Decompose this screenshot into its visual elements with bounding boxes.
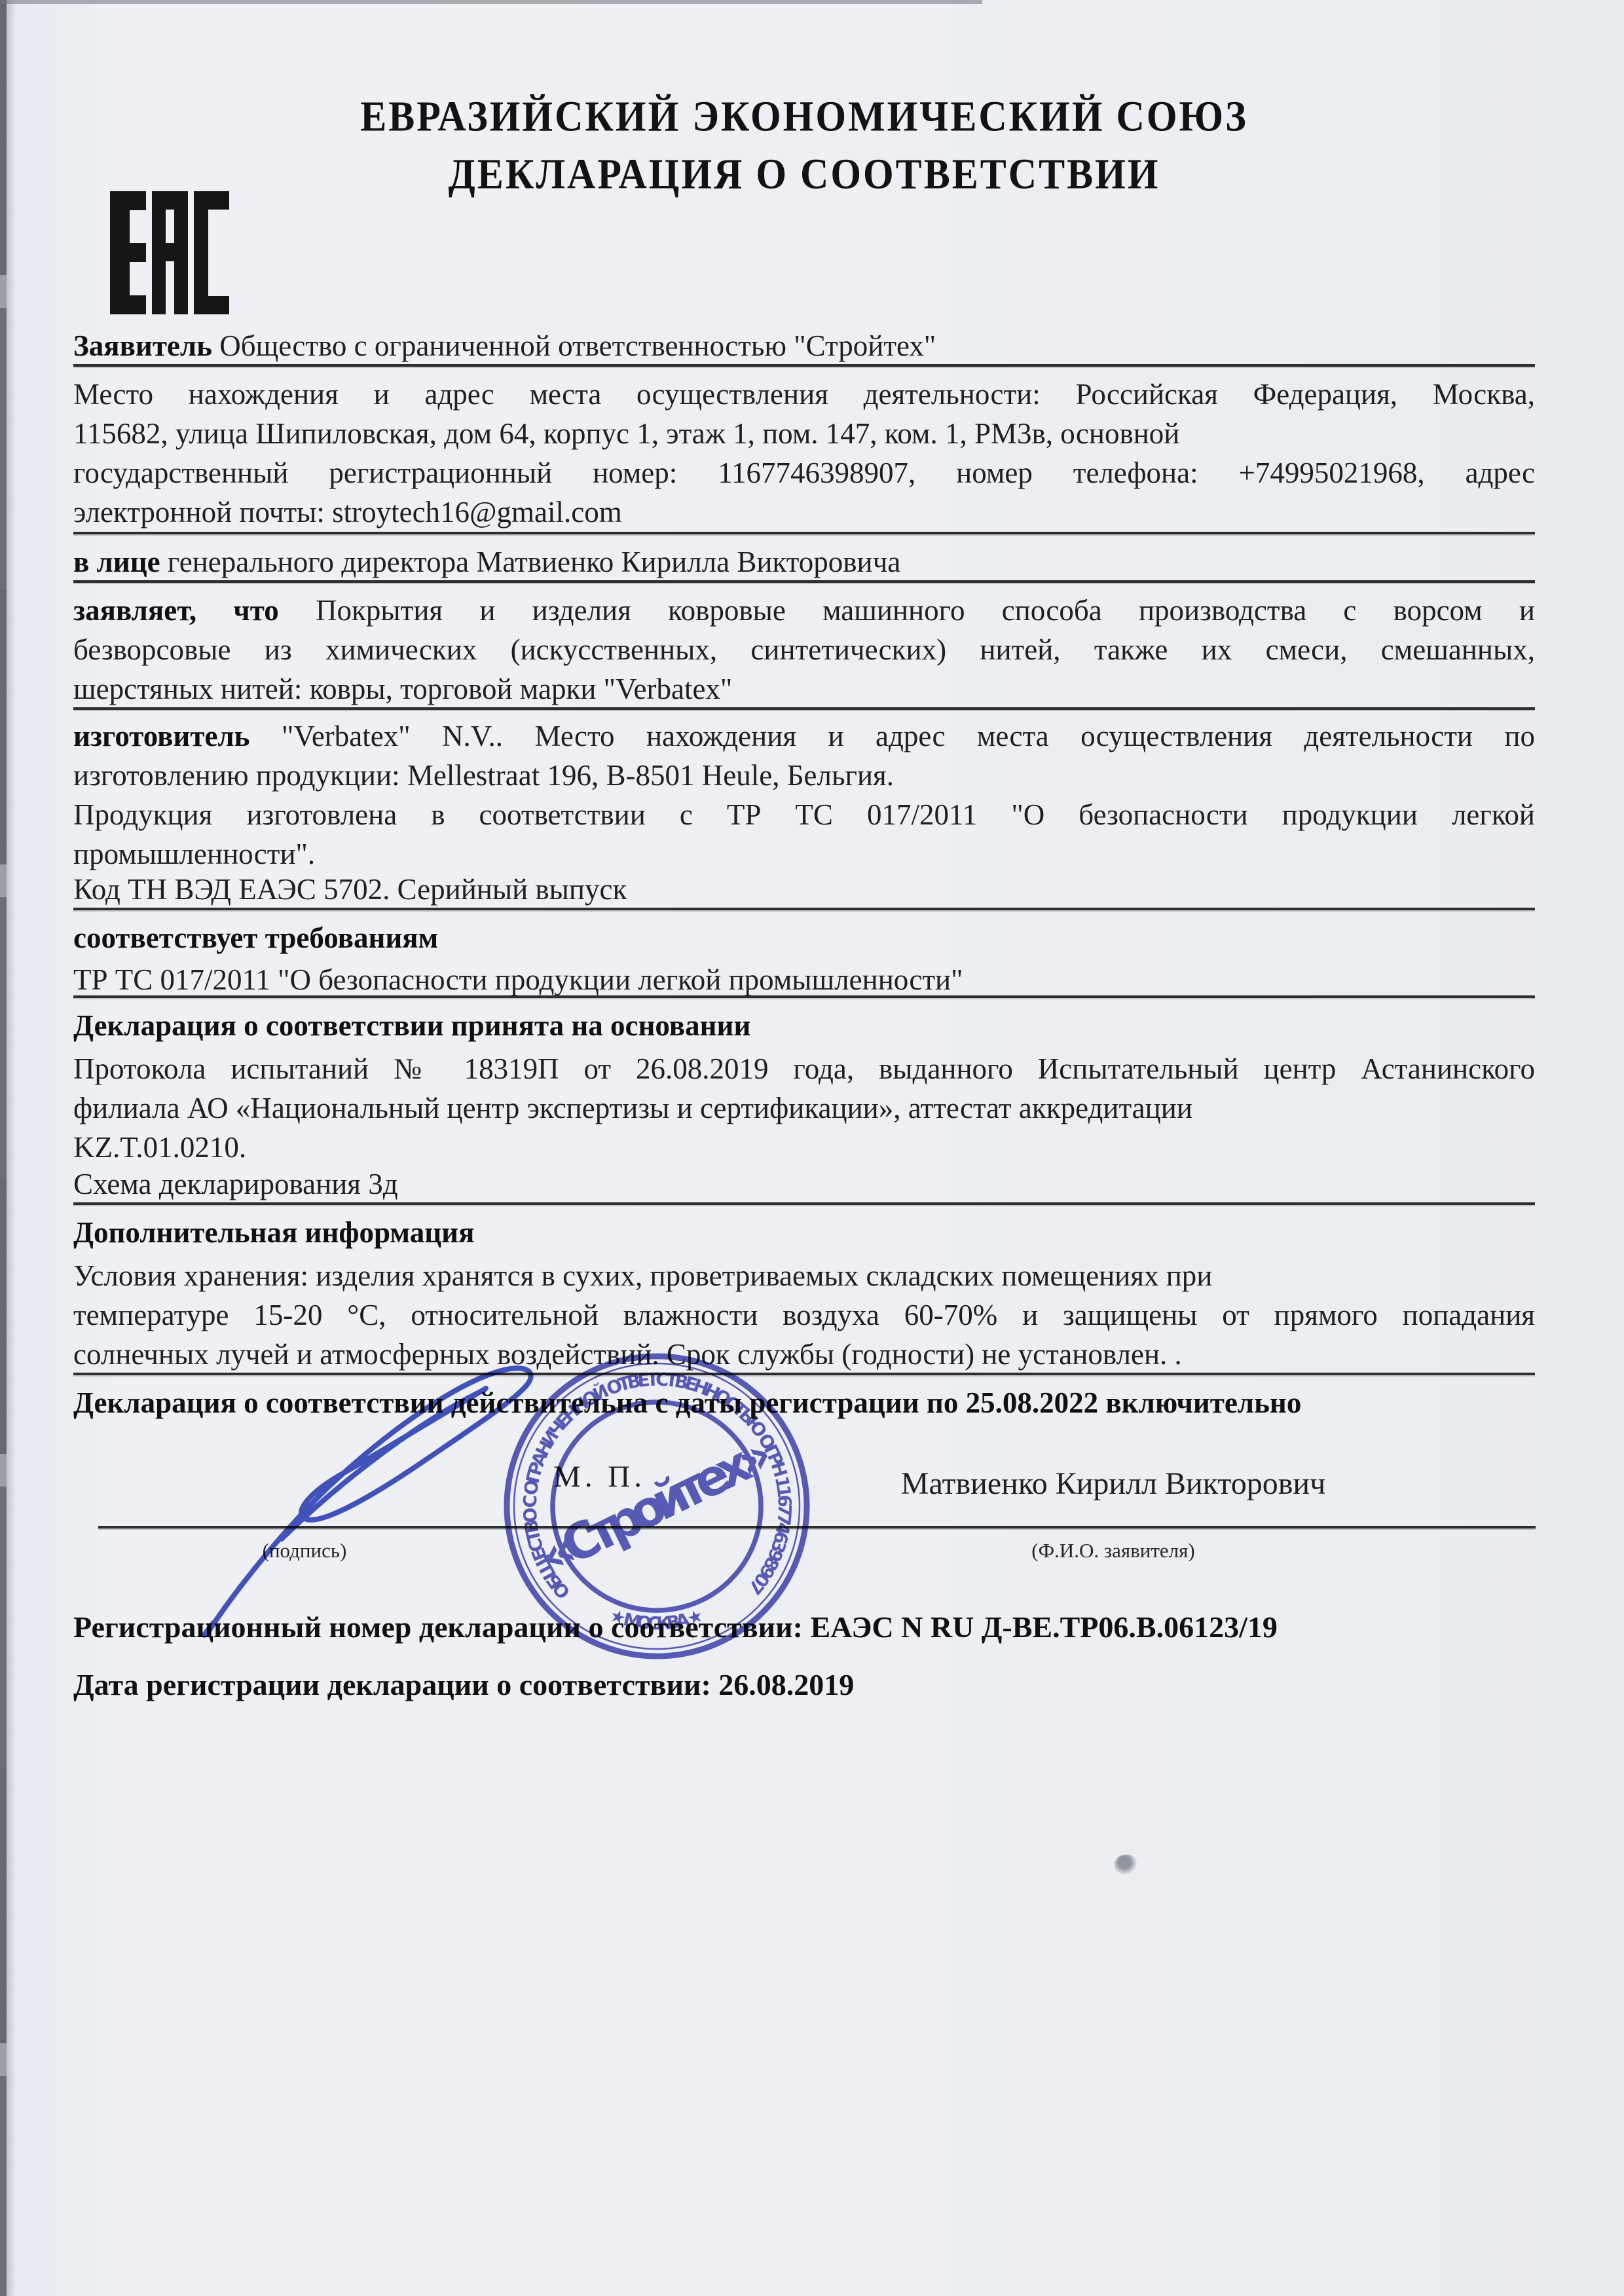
basis-line-3: KZ.T.01.0210. [73, 1129, 1535, 1166]
compliance-text: ТР ТС 017/2011 "О безопасности продукции… [73, 961, 1535, 998]
manufacturer-line-1: изготовитель "Verbatex" N.V.. Место нахо… [73, 718, 1535, 754]
storage-line-1: Условия хранения: изделия хранятся в сух… [73, 1257, 1535, 1294]
registration-number-line: Регистрационный номер декларации о соотв… [73, 1610, 1579, 1644]
compliance-heading: соответствует требованиям [73, 919, 1535, 956]
declares-label: заявляет, что [73, 594, 279, 627]
applicant-value: Общество с ограниченной ответственностью… [219, 329, 936, 362]
in-person-line: в лице генерального директора Матвиенко … [73, 544, 1535, 580]
production-line-2: промышленности". [73, 836, 1535, 872]
manufacturer-line-2: изготовлению продукции: Mellestraat 196,… [73, 757, 1535, 794]
declares-value-1: Покрытия и изделия ковровые машинного сп… [316, 594, 1535, 627]
in-person-label: в лице [73, 546, 160, 578]
scan-top-artifact [0, 0, 982, 4]
scheme-line: Схема декларирования 3д [73, 1166, 1535, 1202]
divider-rule [73, 580, 1535, 583]
applicant-label: Заявитель [73, 329, 212, 362]
production-line-1: Продукция изготовлена в соответствии с Т… [73, 796, 1535, 833]
address-line-3: государственный регистрационный номер: 1… [73, 454, 1535, 491]
divider-rule [73, 1202, 1535, 1205]
storage-line-2: температуре 15-20 °С, относительной влаж… [73, 1297, 1535, 1333]
declares-line-2: безворсовые из химических (искусственных… [73, 631, 1535, 668]
title-declaration: ДЕКЛАРАЦИЯ О СООТВЕТСТВИИ [73, 149, 1535, 199]
company-round-stamp: ОБЩЕСТВО С ОГРАНИЧЕННОЙ ОТВЕТСТВЕННОСТЬЮ… [501, 1350, 813, 1662]
additional-heading: Дополнительная информация [73, 1214, 1535, 1251]
divider-rule [73, 364, 1535, 367]
manufacturer-label: изготовитель [73, 720, 249, 752]
declares-line-1: заявляет, что Покрытия и изделия ковровы… [73, 592, 1535, 629]
scan-edge-artifact [0, 0, 7, 2296]
divider-rule [73, 532, 1535, 534]
applicant-line: Заявитель Общество с ограниченной ответс… [73, 327, 1535, 364]
address-line-2: 115682, улица Шипиловская, дом 64, корпу… [73, 415, 1535, 452]
paper-speck [1115, 1855, 1137, 1874]
applicant-fullname: Матвиенко Кирилл Викторович [838, 1466, 1388, 1502]
basis-line-1: Протокола испытаний № 18319П от 26.08.20… [73, 1050, 1535, 1087]
divider-rule [73, 707, 1535, 710]
basis-line-2: филиала АО «Национальный центр экспертиз… [73, 1090, 1535, 1126]
declaration-document: ЕВРАЗИЙСКИЙ ЭКОНОМИЧЕСКИЙ СОЮЗ ДЕКЛАРАЦИ… [0, 0, 1624, 2296]
divider-rule [73, 995, 1535, 998]
declares-line-3: шерстяных нитей: ковры, торговой марки "… [73, 671, 1535, 707]
title-union: ЕВРАЗИЙСКИЙ ЭКОНОМИЧЕСКИЙ СОЮЗ [73, 92, 1535, 141]
registration-date-line: Дата регистрации декларации о соответств… [73, 1667, 1579, 1702]
tnved-code-line: Код ТН ВЭД ЕАЭС 5702. Серийный выпуск [73, 871, 1535, 908]
in-person-value: генерального директора Матвиенко Кирилла… [168, 546, 900, 578]
scan-edge-shadow [7, 0, 16, 2296]
fullname-caption: (Ф.И.О. заявителя) [838, 1539, 1388, 1563]
eac-mark-logo [110, 191, 229, 318]
basis-heading: Декларация о соответствии принята на осн… [73, 1007, 1535, 1044]
signature-rule [98, 1526, 1536, 1528]
manufacturer-value-1: "Verbatex" N.V.. Место нахождения и адре… [282, 720, 1535, 752]
divider-rule [73, 908, 1535, 910]
address-line-4: электронной почты: stroytech16@gmail.com [73, 494, 1535, 530]
signature-caption: (подпись) [206, 1539, 403, 1563]
address-line-1: Место нахождения и адрес места осуществл… [73, 376, 1535, 413]
